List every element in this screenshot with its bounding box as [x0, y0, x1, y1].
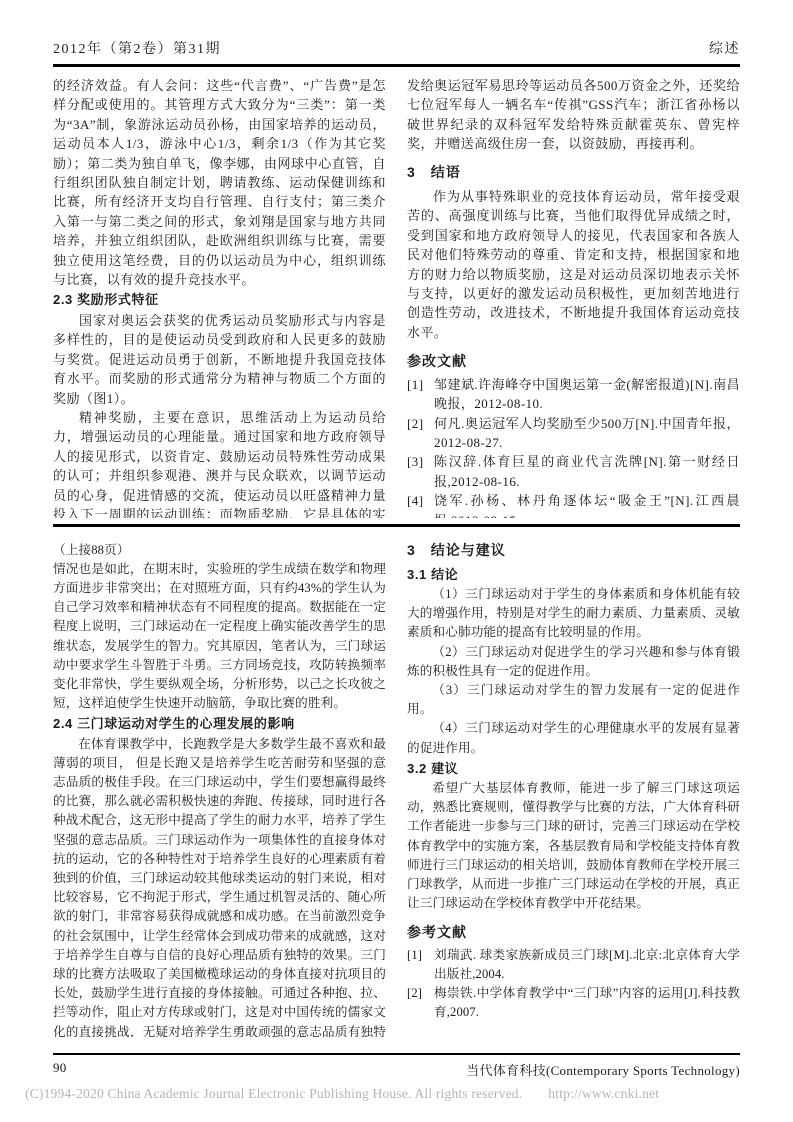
reference-text: 陈汉辞.体育巨星的商业代言洗牌[N].第一财经日报,2012-08-16. [434, 452, 740, 491]
top-article: 的经济效益。有人会问：这些“代言费”、“广告费”是怎样分配或使用的。其管理方式大… [53, 76, 740, 518]
reference-number: [3] [407, 452, 434, 491]
heading-conclusion: 3 结语 [407, 163, 740, 182]
reference-number: [1] [407, 946, 434, 984]
heading-3-2: 3.2 建议 [407, 759, 740, 778]
bottom-article: （上接88页） 情况也是如此，在期末时，实验班的学生成绩在数学和物理方面进步非常… [53, 541, 740, 1037]
section-divider-rule [53, 524, 740, 527]
references-title: 参考文献 [407, 923, 740, 942]
copyright-notice: (C)1994-2020 China Academic Journal Elec… [25, 1086, 659, 1102]
reference-text: 梅崇铁.中学体育教学中“三门球”内容的运用[J].科技教育,2007. [434, 984, 740, 1022]
heading-conclusion-suggestion: 3 结论与建议 [407, 541, 740, 560]
reference-number: [4] [407, 491, 434, 518]
top-left-column: 的经济效益。有人会问：这些“代言费”、“广告费”是怎样分配或使用的。其管理方式大… [53, 76, 386, 518]
paragraph: 国家对奥运会获奖的优秀运动员奖励形式与内容是多样性的，目的是使运动员受到政府和人… [53, 311, 386, 408]
paragraph-continuation: 情况也是如此，在期末时，实验班的学生成绩在数学和物理方面进步非常突出；在对照班方… [53, 560, 386, 714]
conclusion-item: （1）三门球运动对于学生的身体素质和身体机能有较大的增强作用，特别是对学生的耐力… [407, 585, 740, 643]
heading-2-3: 2.3 奖励形式特征 [53, 290, 386, 309]
reference-text: 何凡.奥运冠军人均奖励至少500万[N].中国青年报，2012-08-27. [434, 414, 740, 453]
reference-item: [1] 刘瑞武. 球类家族新成员三门球[M].北京:北京体育大学出版社,2004… [407, 946, 740, 984]
reference-item: [3] 陈汉辞.体育巨星的商业代言洗牌[N].第一财经日报,2012-08-16… [407, 452, 740, 491]
bottom-right-column: 3 结论与建议 3.1 结论 （1）三门球运动对于学生的身体素质和身体机能有较大… [407, 541, 740, 1037]
page-footer: 90 当代体育科技(Contemporary Sports Technology… [53, 1060, 740, 1079]
paragraph: 在体育课教学中，长跑教学是大多数学生最不喜欢和最薄弱的项目， 但是长跑又是培养学… [53, 735, 386, 1037]
paragraph: 作为从事特殊职业的竞技体育运动员，常年接受艰苦的、高强度训练与比赛，当他们取得优… [407, 187, 740, 342]
paragraph: 精神奖励，主要在意识，思维活动上为运动员给力，增强运动员的心理能量。通过国家和地… [53, 408, 386, 518]
bottom-left-column: （上接88页） 情况也是如此，在期末时，实验班的学生成绩在数学和物理方面进步非常… [53, 541, 386, 1037]
paragraph-continuation: 发给奥运冠军易思玲等运动员各500万资金之外，还奖给七位冠军每人一辆名车“传祺”… [407, 76, 740, 154]
conclusion-item: （2）三门球运动对促进学生的学习兴趣和参与体育锻炼的积极性具有一定的促进作用。 [407, 643, 740, 681]
reference-text: 饶军.孙杨、林丹角逐体坛“吸金王”[N].江西晨报,2012-08-15. [434, 491, 740, 518]
references-title: 参改文献 [407, 352, 740, 371]
copyright-url: http://www.cnki.net [548, 1086, 659, 1101]
continued-from-note: （上接88页） [53, 541, 386, 560]
journal-name: 当代体育科技(Contemporary Sports Technology) [466, 1060, 740, 1079]
reference-number: [2] [407, 414, 434, 453]
reference-number: [1] [407, 375, 434, 414]
conclusion-item: （4）三门球运动对学生的心理健康水平的发展有显著的促进作用。 [407, 719, 740, 757]
section-label: 综述 [709, 42, 740, 58]
reference-text: 邹建斌.许海峰夺中国奥运第一金(解密报道)[N].南昌晚报，2012-08-10… [434, 375, 740, 414]
paragraph-continuation: 的经济效益。有人会问：这些“代言费”、“广告费”是怎样分配或使用的。其管理方式大… [53, 76, 386, 289]
copyright-text: (C)1994-2020 China Academic Journal Elec… [25, 1086, 522, 1101]
top-right-column: 发给奥运冠军易思玲等运动员各500万资金之外，还奖给七位冠军每人一辆名车“传祺”… [407, 76, 740, 518]
footer-rule [53, 1053, 740, 1055]
header-rule [53, 64, 740, 67]
page-content: 2012年（第2卷）第31期 综述 的经济效益。有人会问：这些“代言费”、“广告… [53, 42, 740, 1037]
reference-text: 刘瑞武. 球类家族新成员三门球[M].北京:北京体育大学出版社,2004. [434, 946, 740, 984]
issue-info: 2012年（第2卷）第31期 [53, 42, 221, 58]
page-number: 90 [53, 1060, 67, 1079]
reference-item: [4] 饶军.孙杨、林丹角逐体坛“吸金王”[N].江西晨报,2012-08-15… [407, 491, 740, 518]
paragraph: 希望广大基层体育教师，能进一步了解三门球这项运动，熟悉比赛规则，懂得教学与比赛的… [407, 779, 740, 913]
reference-item: [1] 邹建斌.许海峰夺中国奥运第一金(解密报道)[N].南昌晚报，2012-0… [407, 375, 740, 414]
heading-2-4: 2.4 三门球运动对学生的心理发展的影响 [53, 714, 386, 733]
reference-item: [2] 梅崇铁.中学体育教学中“三门球”内容的运用[J].科技教育,2007. [407, 984, 740, 1022]
reference-number: [2] [407, 984, 434, 1022]
conclusion-item: （3）三门球运动对学生的智力发展有一定的促进作用。 [407, 681, 740, 719]
page-header: 2012年（第2卷）第31期 综述 [53, 42, 740, 58]
reference-item: [2] 何凡.奥运冠军人均奖励至少500万[N].中国青年报，2012-08-2… [407, 414, 740, 453]
heading-3-1: 3.1 结论 [407, 565, 740, 584]
